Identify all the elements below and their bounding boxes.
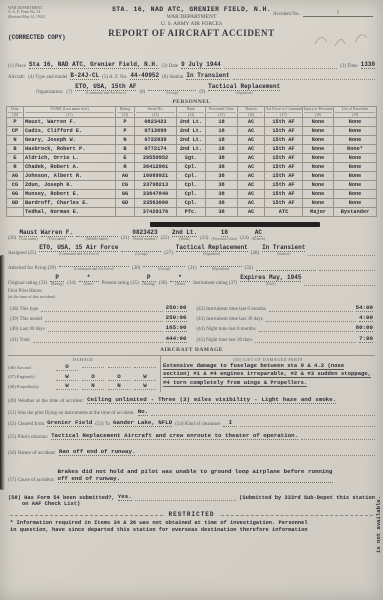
table-cell: None — [303, 190, 334, 199]
mission-line: (55) Pilot's mission: Tactical Replaceme… — [0, 432, 383, 440]
personnel-section-title: PERSONNEL — [0, 99, 383, 105]
pilot-first-caption: (First name) — [47, 237, 66, 241]
damage-rows: (46) AircraftO(47) Engine(s)WOOW(48) Pro… — [8, 363, 158, 390]
org-group-field: (Group) — [148, 83, 196, 95]
table-cell: 38 — [206, 163, 238, 172]
weather-label: (49) Weather at the time of accident: — [8, 399, 84, 404]
instrument-rating-value: Expires May, 1945 — [240, 274, 301, 282]
organization-label: Organization: — [36, 90, 63, 95]
assigned-caption: (Command and Air Force) — [59, 252, 99, 256]
table-cell: AC — [238, 199, 265, 208]
af-no-label: (5) A. F. No. — [102, 75, 127, 80]
squadron-value: Tactical Replacement — [176, 244, 248, 252]
instruments-label: (51) Was the pilot flying on instruments… — [8, 411, 135, 416]
damage-cell — [82, 367, 104, 368]
assigned-group-caption: (Group) — [135, 252, 147, 256]
cleared-from-value: Grenier Field — [47, 419, 92, 427]
table-cell: E — [116, 154, 135, 163]
attached-squadron-num: (31) — [188, 266, 196, 271]
hours-value: 250:00 — [166, 304, 187, 312]
table-cell: 15th AF — [265, 118, 303, 127]
table-cell: CP — [7, 127, 24, 136]
pilot-rank-value: 2nd Lt. — [172, 229, 197, 237]
damage-cell: W — [56, 382, 78, 390]
hours-row: (42) Instrument time last 6 months54:00 — [197, 304, 374, 312]
organization-line: Organization: (7) ETO, USA, 15th AF (Com… — [28, 83, 383, 95]
clearance-line: (52) Cleared from Grenier Field (53) To … — [0, 419, 383, 427]
mission-label: (55) Pilot's mission: — [8, 435, 48, 440]
table-cell: 0772174 — [135, 145, 177, 154]
hours-label: (43) Instrument time last 30 days — [197, 317, 263, 322]
table-cell: 38 — [206, 190, 238, 199]
table-cell: GG — [116, 190, 135, 199]
hours-row: (43) Instrument time last 30 days4:00 — [197, 314, 374, 322]
org-squadron-num: (9) — [199, 90, 205, 95]
damage-row: (48) Propeller(s)WNNW — [8, 382, 158, 390]
original-date-value: * — [79, 274, 99, 282]
table-cell: Cpl. — [177, 190, 206, 199]
table-cell: ATC — [265, 208, 303, 217]
cause-value: Brakes did not hold and pilot was unable… — [58, 468, 333, 483]
table-cell: 15th AF — [265, 145, 303, 154]
cause-line: (57) Cause of accident: Brakes did not h… — [0, 468, 383, 483]
cause-label: (57) Cause of accident: — [8, 478, 55, 483]
hours-section: (38) This type250:00(39) This model250:0… — [0, 301, 383, 343]
table-cell: GG — [7, 190, 24, 199]
pilot-rank-field: 2nd Lt. (Rank) — [172, 229, 197, 241]
damage-table: DAMAGE (46) AircraftO(47) Engine(s)WOOW(… — [8, 355, 375, 393]
table-row: BHasbrock, Robert P.B07721742nd Lt.18AC1… — [7, 145, 377, 154]
table-cell: None — [334, 163, 377, 172]
hours-left: (38) This type250:00(39) This model250:0… — [10, 301, 187, 343]
station-value: In Transient — [186, 72, 229, 80]
table-cell: Zdun, Joseph K. — [24, 181, 116, 190]
org-group-caption: (Group) — [166, 91, 178, 95]
pilot-last-field: Maust (Last name) — [19, 229, 37, 241]
damage-section-title: AIRCRAFT DAMAGE — [0, 347, 383, 353]
attached-cmd-caption: (Command and Air Force) — [74, 267, 114, 271]
table-cell: CG — [7, 181, 24, 190]
column-header: Serial No.(13) — [135, 107, 177, 118]
pilot-last-caption: (Last name) — [19, 237, 37, 241]
form54-cont-line: on AAF Check List) — [0, 501, 383, 507]
time-value: 1330 — [361, 61, 375, 69]
present-rating-value: P — [142, 274, 156, 282]
aircraft-line: Aircraft: (4) Type and model B-24J-CL (5… — [0, 72, 383, 80]
attached-squadron-caption: (Squadron) — [212, 267, 229, 271]
table-cell: 15th AF — [265, 181, 303, 190]
cleared-to-label: (53) To — [95, 422, 110, 427]
hours-row: (45) Night time last 30 days7:00 — [197, 335, 374, 343]
hours-label: (44) Night time last 6 months — [197, 327, 256, 332]
assigned-value: ETO, USA, 15 Air Force — [39, 244, 118, 252]
table-cell: None — [303, 199, 334, 208]
column-header: Duty(10) — [7, 107, 24, 118]
nature-label: (56) Nature of accident: — [8, 451, 56, 456]
original-date-caption: (Date) — [84, 282, 94, 286]
table-cell: None — [334, 154, 377, 163]
table-cell: Bardroff, Charles E. — [24, 199, 116, 208]
table-cell: R — [7, 163, 24, 172]
table-row: GGMunsey, Robert E.GG33647840Cpl.38AC15t… — [7, 190, 377, 199]
pilot-branch-value: AC — [255, 229, 262, 237]
present-rating-field: P (Rating) — [142, 274, 156, 286]
hours-row: (44) Night time last 6 months80:00 — [197, 324, 374, 332]
damaged-parts-text: Extensive damage to fuselage between sta… — [163, 362, 371, 387]
table-cell: R — [116, 163, 135, 172]
pilot-serial-caption: (Serial number) — [133, 237, 157, 241]
org-cmd-value: ETO, USA, 15th AF — [75, 83, 136, 91]
assigned-station-caption: (Station) — [277, 252, 290, 256]
table-cell: None — [303, 172, 334, 181]
assigned-station-value: In Transient — [262, 244, 305, 252]
damage-row-label: (46) Aircraft — [8, 365, 54, 370]
margin-note-vertical: is not available. — [375, 496, 382, 553]
table-cell: 18 — [206, 136, 238, 145]
assigned-group-field: (Group) — [121, 244, 161, 256]
pilot-branch-caption: (Branch) — [252, 237, 266, 241]
table-cell: Cpl. — [177, 181, 206, 190]
table-cell: E — [7, 154, 24, 163]
pilot-num: (20) — [8, 236, 16, 241]
hours-value: 250:00 — [166, 314, 187, 322]
table-cell: 15th AF — [265, 127, 303, 136]
table-cell: Maust, Warren F. — [24, 118, 116, 127]
table-cell: AC — [238, 118, 265, 127]
present-rating-caption: (Rating) — [142, 282, 155, 286]
table-cell: None* — [334, 145, 377, 154]
table-cell: Cpl. — [177, 172, 206, 181]
place-value: Sta 16, NAD ATC, Grenier Field, N.H. — [29, 61, 159, 69]
table-cell: AC — [238, 127, 265, 136]
form54-cont: on AAF Check List) — [22, 501, 80, 507]
attached-group-field: (Group) — [143, 259, 185, 271]
table-cell: 0713699 — [135, 127, 177, 136]
table-cell: Tedhal, Norman E. — [24, 208, 116, 217]
hours-value: 80:00 — [356, 324, 373, 332]
table-cell: AC — [238, 208, 265, 217]
accident-number-label: Accident No. — [273, 12, 300, 17]
table-cell: N — [7, 136, 24, 145]
table-row: PMaust, Warren F.P08234232nd Lt.18AC15th… — [7, 118, 377, 127]
table-row: CGZdun, Joseph K.CG33798213Cpl.38AC15th … — [7, 181, 377, 190]
original-date-num: (34) — [67, 281, 75, 286]
table-cell: 38 — [206, 172, 238, 181]
damage-cell: W — [56, 373, 78, 381]
column-header: Personnel Class(15) — [206, 107, 238, 118]
damage-cell: O — [82, 373, 104, 381]
original-rating-label: Original rating (33) — [8, 281, 47, 286]
table-cell: None — [334, 172, 377, 181]
hours-label: (41) Total — [10, 338, 30, 343]
damage-right-panel: (50) LIST OF DAMAGED PARTS Extensive dam… — [161, 356, 375, 393]
damage-cell: O — [108, 373, 130, 381]
footnote-line: * Information required in Items 34 & 36 … — [10, 520, 369, 527]
form-number-block: WAR DEPARTMENT A. A. F. Form No. 14 (Rev… — [8, 6, 45, 19]
accident-number-field: Accident No. 1 — [273, 10, 373, 17]
table-cell: AC — [238, 154, 265, 163]
org-squadron-value: Tactical Replacement — [208, 83, 280, 91]
clearance-kind-value: I — [223, 419, 237, 427]
hours-value: 444:00 — [166, 335, 187, 343]
table-cell: AG — [7, 172, 24, 181]
original-date-field: * (Date) — [79, 274, 99, 286]
org-squadron-field: Tactical Replacement (Squadron) — [208, 83, 280, 95]
report-header: WAR DEPARTMENT A. A. F. Form No. 14 (Rev… — [0, 0, 383, 58]
attached-line: Attached for flying (29) (Command and Ai… — [0, 259, 383, 271]
table-cell: Johnson, Albert R. — [24, 172, 116, 181]
table-cell: 38 — [206, 181, 238, 190]
assigned-field: ETO, USA, 15 Air Force (Command and Air … — [39, 244, 118, 256]
table-cell: AG — [116, 172, 135, 181]
table-cell: 15th AF — [265, 199, 303, 208]
column-header: Branch(16) — [238, 107, 265, 118]
org-squadron-caption: (Squadron) — [236, 91, 253, 95]
table-cell: 2nd Lt. — [177, 127, 206, 136]
column-header: Use of Parachute(19) — [334, 107, 377, 118]
clearance-kind-label: (54) Kind of clearance — [175, 422, 220, 427]
table-cell: None — [334, 136, 377, 145]
column-header: NAME (Last name first)(11) — [24, 107, 116, 118]
attached-squadron-field: (Squadron) — [200, 259, 242, 271]
personnel-table-body: PMaust, Warren F.P08234232nd Lt.18AC15th… — [7, 118, 377, 217]
damage-left-header: DAMAGE — [8, 357, 158, 362]
damage-cell — [108, 367, 130, 368]
table-cell: 2nd Lt. — [177, 118, 206, 127]
personnel-table: Duty(10)NAME (Last name first)(11)Rating… — [6, 106, 377, 217]
table-cell: P — [116, 118, 135, 127]
hours-row: (38) This type250:00 — [10, 304, 187, 312]
instrument-rating-field: Expires May, 1945 (Date) — [240, 274, 301, 286]
hours-label: (42) Instrument time last 6 months — [197, 307, 266, 312]
aircraft-label: Aircraft: — [8, 75, 25, 80]
table-row: EAldrich, Orrie L.E39559952Sgt.38AC15th … — [7, 154, 377, 163]
pilot-serial-field: 0823423 (Serial number) — [132, 229, 157, 241]
nature-value: Ran off end of runway. — [59, 448, 136, 456]
cleared-to-value: Gander Lake, NFLD — [113, 419, 172, 427]
squadron-caption: (Squadron) — [203, 252, 220, 256]
footnote-line: in question, have since departed this st… — [10, 527, 369, 534]
table-cell: N — [116, 136, 135, 145]
type-label: (4) Type and model — [28, 75, 67, 80]
personnel-table-head: Duty(10)NAME (Last name first)(11)Rating… — [7, 107, 377, 118]
table-row: RChadek, Robert A.R36412961Cpl.38AC15th … — [7, 163, 377, 172]
table-cell: Pfc. — [177, 208, 206, 217]
table-cell: Munsey, Robert E. — [24, 190, 116, 199]
mission-value: Tactical Replacement Aircraft and crew e… — [51, 432, 298, 440]
hours-row: (40) Last 90 days165:00 — [10, 324, 187, 332]
hours-value: 165:00 — [166, 324, 187, 332]
table-cell: 15th AF — [265, 154, 303, 163]
org-group-num: (8) — [139, 90, 145, 95]
table-row: GDBardroff, Charles E.GD33563060Cpl.38AC… — [7, 199, 377, 208]
instruments-line: (51) Was the pilot flying on instruments… — [0, 408, 383, 416]
table-cell: AC — [238, 172, 265, 181]
restricted-banner: RESTRICTED — [10, 511, 373, 518]
station-label: (6) Station — [162, 75, 183, 80]
table-row: CPCadis, Clifford E.P07136992nd Lt.18AC1… — [7, 127, 377, 136]
table-cell: Bystander — [334, 208, 377, 217]
table-cell: AC — [238, 163, 265, 172]
assigned-station-num: (28) — [251, 251, 259, 256]
time-label: (3) Time — [340, 64, 357, 69]
original-rating-value: P — [50, 274, 64, 282]
pilot-rank-num: (22) — [161, 236, 169, 241]
table-cell: 33798213 — [135, 181, 177, 190]
damage-cell: W — [134, 373, 156, 381]
damage-row-label: (47) Engine(s) — [8, 374, 54, 379]
damage-cell: O — [56, 363, 78, 371]
table-cell: 2nd Lt. — [177, 145, 206, 154]
table-cell: Cpl. — [177, 199, 206, 208]
column-header: Injury to Personnel(18) — [303, 107, 334, 118]
place-label: (1) Place — [8, 64, 26, 69]
table-cell: Sgt. — [177, 154, 206, 163]
table-cell: B — [116, 145, 135, 154]
pilot-class-value: 18 — [221, 229, 228, 237]
pilot-rank-caption: (Rank) — [179, 237, 190, 241]
instrument-rating-label: Instrument rating (37) — [193, 281, 237, 286]
table-cell: CG — [116, 181, 135, 190]
instruments-value: No. — [138, 408, 148, 416]
footnote: * Information required in Items 34 & 36 … — [0, 518, 383, 534]
weather-value: Ceiling unlimited - Three (3) miles visi… — [87, 396, 336, 404]
table-cell: None — [303, 145, 334, 154]
table-cell: None — [334, 190, 377, 199]
table-cell: 38 — [206, 208, 238, 217]
attached-group-num: (30) — [132, 266, 140, 271]
rating-line: Original rating (33) P (Rating) (34) * (… — [0, 274, 383, 286]
table-cell: 39559952 — [135, 154, 177, 163]
table-cell: Aldrich, Orrie L. — [24, 154, 116, 163]
table-cell: 36412961 — [135, 163, 177, 172]
table-cell: Cadis, Clifford E. — [24, 127, 116, 136]
restricted-label: RESTRICTED — [169, 511, 215, 518]
attached-cmd-field: (Command and Air Force) — [59, 259, 129, 271]
squadron-num: (27) — [164, 251, 172, 256]
table-cell: Geary, Joseph W. — [24, 136, 116, 145]
present-rating-label: Present rating (35) — [102, 281, 139, 286]
weather-line: (49) Weather at the time of accident: Ce… — [0, 396, 383, 404]
table-cell: AC — [238, 136, 265, 145]
date-value: 9 July 1944 — [181, 61, 221, 69]
org-cmd-num: (7) — [66, 90, 72, 95]
damage-left-panel: DAMAGE (46) AircraftO(47) Engine(s)WOOW(… — [8, 356, 161, 393]
table-cell: None — [303, 181, 334, 190]
place-date-time-line: (1) Place Sta 16, NAD ATC, Grenier Field… — [0, 61, 383, 69]
hours-value: 4:00 — [359, 314, 373, 322]
redacted-strip — [150, 222, 320, 227]
table-cell: None — [303, 163, 334, 172]
assigned-label: Assigned (25) — [8, 251, 36, 256]
present-date-num: (36) — [159, 281, 167, 286]
type-value: B-24J-CL — [70, 72, 99, 80]
table-cell: 38 — [206, 154, 238, 163]
corrected-copy-label: (CORRECTED COPY) — [8, 34, 66, 41]
pilot-middle-field: (Middle name) — [76, 229, 118, 241]
table-cell: AC — [238, 181, 265, 190]
handwritten-marks — [311, 28, 371, 50]
table-cell: 0722839 — [135, 136, 177, 145]
table-cell — [7, 208, 24, 217]
nature-line: (56) Nature of accident: Ran off end of … — [0, 448, 383, 456]
form-number-line: (Revised May 14, 1942) — [8, 15, 45, 19]
table-cell: None — [334, 118, 377, 127]
table-cell: 38 — [206, 199, 238, 208]
scan-edge-smudge — [0, 255, 5, 490]
table-cell: 18 — [206, 127, 238, 136]
hours-label: (40) Last 90 days — [10, 327, 45, 332]
present-date-caption: (Date) — [175, 282, 185, 286]
hours-row: (41) Total444:00 — [10, 335, 187, 343]
table-cell: None — [303, 118, 334, 127]
cleared-from-label: (52) Cleared from — [8, 422, 44, 427]
table-cell: Major — [303, 208, 334, 217]
hours-row: (39) This model250:00 — [10, 314, 187, 322]
damage-row-label: (48) Propeller(s) — [8, 384, 54, 389]
table-cell: 15th AF — [265, 190, 303, 199]
hours-label: (38) This type — [10, 307, 38, 312]
pilot-class-field: 18 (Personnel class) — [211, 229, 237, 241]
table-row: AGJohnson, Albert R.AG16089921Cpl.38AC15… — [7, 172, 377, 181]
pilot-middle-caption: (Middle name) — [86, 237, 109, 241]
assigned-station-field: In Transient (Station) — [262, 244, 305, 256]
damage-cell: N — [108, 382, 130, 390]
table-row: Tedhal, Norman E.37429176Pfc.38ACATCMajo… — [7, 208, 377, 217]
damage-cell — [134, 367, 156, 368]
hours-value: 54:00 — [356, 304, 373, 312]
pilot-class-num: (23) — [200, 236, 208, 241]
table-cell: 0823423 — [135, 118, 177, 127]
hours-label: (39) This model — [10, 317, 42, 322]
hours-value: 7:00 — [359, 335, 373, 343]
pilot-detail-line: (20) Maust (Last name) Warren F. (First … — [0, 229, 383, 241]
table-cell — [116, 208, 135, 217]
org-cmd-caption: (Command and Air Force) — [86, 91, 126, 95]
pilot-first-value: Warren F. — [41, 229, 73, 237]
table-cell: 15th AF — [265, 136, 303, 145]
attached-label: Attached for flying (29) — [8, 266, 56, 271]
table-cell: Chadek, Robert A. — [24, 163, 116, 172]
table-cell: 2nd Lt. — [177, 136, 206, 145]
assigned-line: Assigned (25) ETO, USA, 15 Air Force (Co… — [0, 244, 383, 256]
pilot-serial-value: 0823423 — [132, 229, 157, 237]
table-cell: 33563060 — [135, 199, 177, 208]
forces-line: U. S. ARMY AIR FORCES — [0, 21, 383, 27]
table-cell: AC — [238, 145, 265, 154]
table-cell: 37429176 — [135, 208, 177, 217]
hours-subtitle: (at the time of this accident) — [8, 294, 375, 299]
column-header: Rank(14) — [177, 107, 206, 118]
table-cell: 18 — [206, 145, 238, 154]
table-cell: AC — [238, 190, 265, 199]
table-cell: None — [334, 181, 377, 190]
pilot-branch-field: AC (Branch) — [252, 229, 266, 241]
table-cell: 33647840 — [135, 190, 177, 199]
attached-group-caption: (Group) — [158, 267, 170, 271]
table-cell: 16089921 — [135, 172, 177, 181]
form54-note: (Submitted by 333rd Sub-Depot this stati… — [239, 495, 375, 501]
table-cell: B — [7, 145, 24, 154]
table-cell: P — [7, 118, 24, 127]
damage-row: (46) AircraftO — [8, 363, 158, 371]
table-row: NGeary, Joseph W.N07228392nd Lt.18AC15th… — [7, 136, 377, 145]
table-cell: 15th AF — [265, 172, 303, 181]
damage-row: (47) Engine(s)WOOW — [8, 373, 158, 381]
pilot-serial-num: (21) — [121, 236, 129, 241]
table-cell: Hasbrock, Robert P. — [24, 145, 116, 154]
org-cmd-field: ETO, USA, 15th AF (Command and Air Force… — [75, 83, 136, 95]
